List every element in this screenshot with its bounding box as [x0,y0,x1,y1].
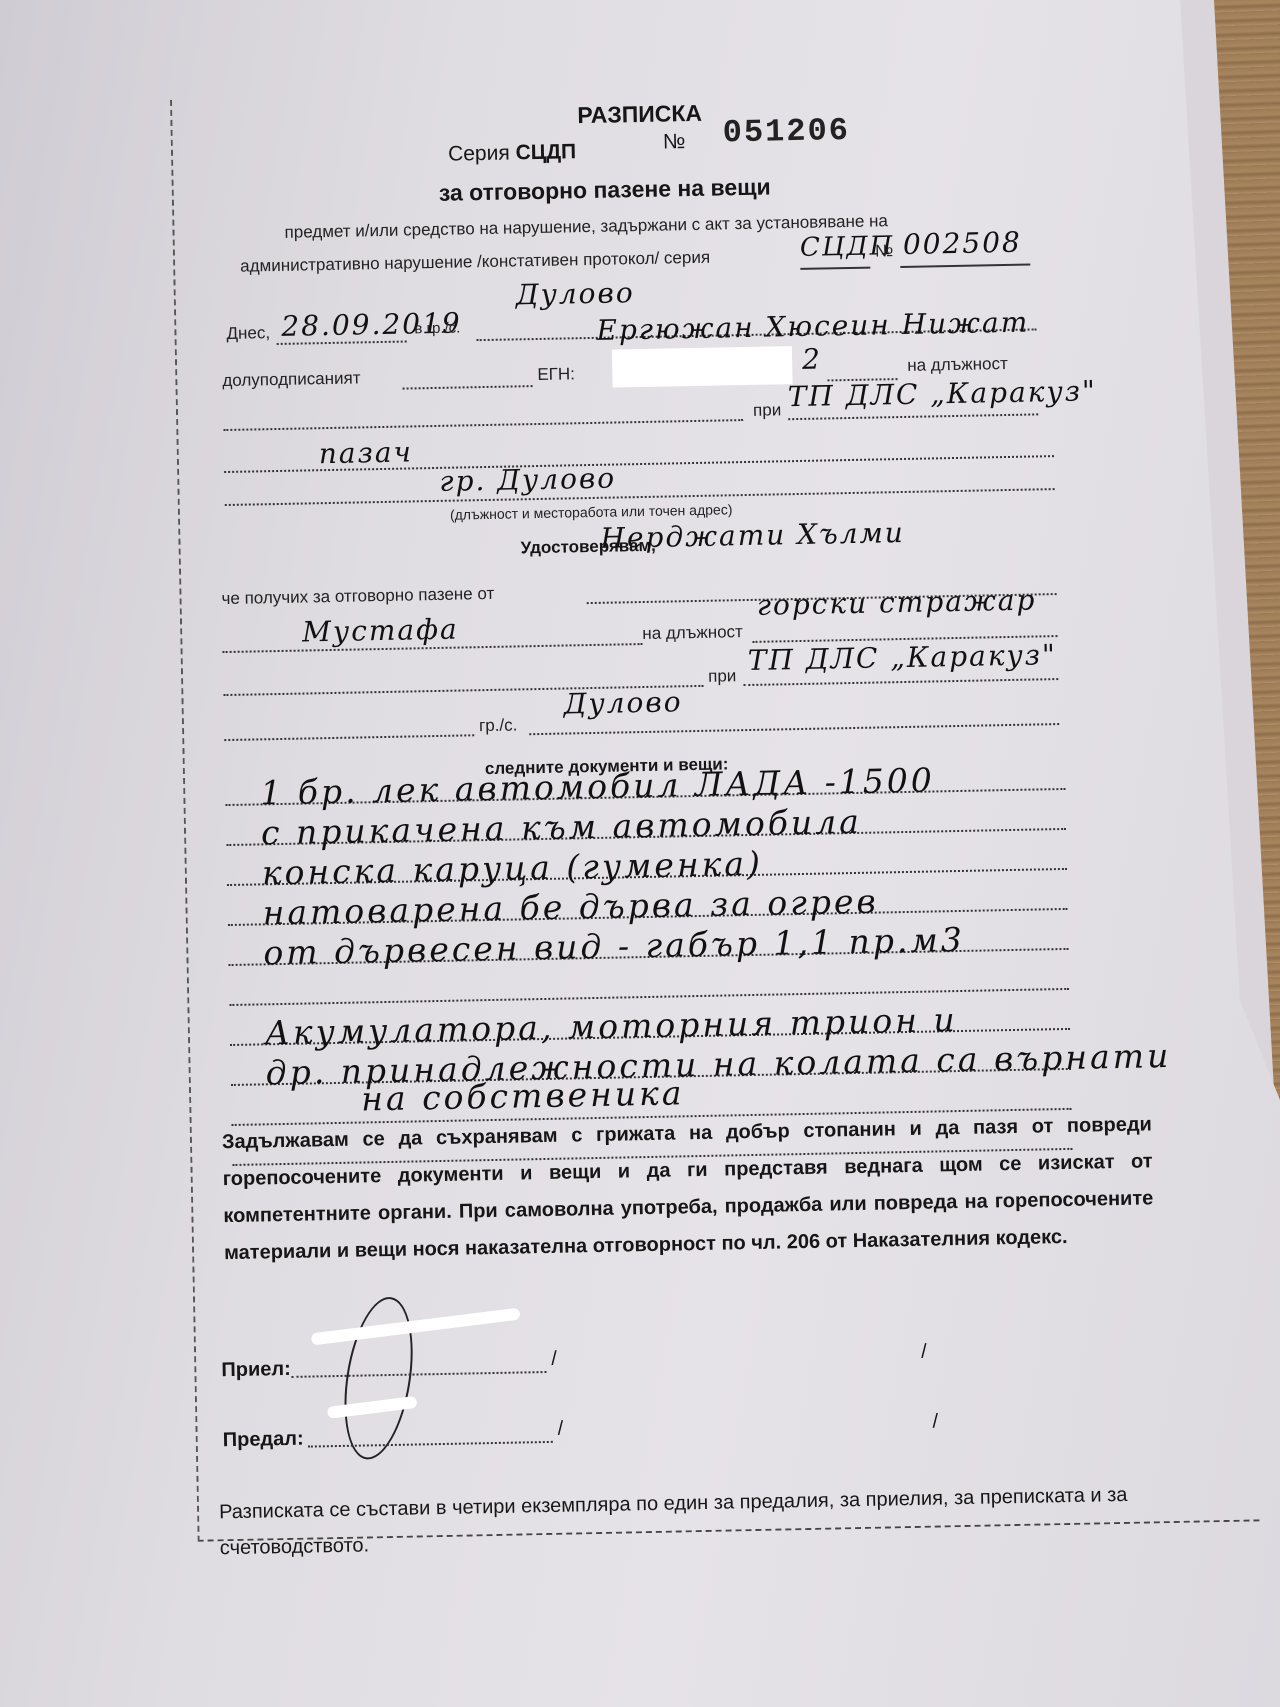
redacted-signature-1 [311,1308,521,1346]
handed-separator-2: / [932,1411,938,1434]
intro-line-2: административно нарушение /констативен п… [240,248,710,277]
from-at-label: при [708,666,737,687]
from-city-label: гр./с. [479,715,518,736]
date-label: Днес, [226,323,270,344]
receipt-number: 051206 [722,112,850,151]
item-entry: на собственика [361,1073,685,1118]
employer-value: ТП ДЛС „Каракуз" [787,374,1097,413]
redacted-egn [612,346,793,387]
from-city-line [529,723,1059,735]
signature-scrawl [334,1292,423,1464]
egn-label: ЕГН: [537,364,575,385]
position-line [223,419,743,431]
received-from-name-1: Нерджати Хълми [600,516,905,555]
egn-tail: 2 [802,343,822,376]
number-label: № [663,130,686,154]
handed-label: Предал: [223,1428,304,1453]
series-label: Серия СЦДП [448,140,576,166]
from-employer-line [743,678,1058,686]
act-number-line [900,264,1030,268]
act-number-value: 002508 [903,226,1023,261]
from-position-label: на длъжност [642,622,743,644]
handed-signature-line [308,1441,553,1448]
employer-line [788,413,1038,420]
city-value: Дулово [515,276,634,311]
document-subtitle: за отговорно пазене на вещи [439,173,771,206]
undersigned-label: долуподписаният [222,368,361,391]
series-label-text: Серия [448,141,510,165]
handed-separator-1: / [557,1418,563,1441]
act-number-label: № [875,241,894,261]
position-value: пазач [319,435,414,470]
undersigned-line [403,385,533,389]
city-label: в гр./с. [414,319,460,337]
received-signature-line [292,1371,547,1378]
intro-line-1: предмет и/или средство на нарушение, зад… [284,211,888,243]
obligation-text: Задължавам се да съхранявам с грижата на… [222,1106,1155,1272]
from-position-value: горски стражар [756,583,1036,621]
address-value: гр. Дулово [439,462,616,498]
undersigned-name: Ергюжан Хюсеин Нижат [596,306,1029,347]
series-value: СЦДП [515,140,576,164]
at-label: при [753,400,782,421]
received-label: Приел: [221,1358,291,1382]
received-from-name-2: Мустафа [302,613,459,649]
received-separator-2: / [921,1341,927,1364]
from-employer-value: ТП ДЛС „Каракуз" [748,638,1058,677]
act-series-line [800,267,870,270]
from-city-value: Дулово [563,685,682,720]
received-from-label: че получих за отговорно пазене от [221,584,494,609]
position-label: на длъжност [907,354,1008,376]
from-city-line-a [224,734,474,741]
document-title: РАЗПИСКА [577,100,702,129]
receipt-form: РАЗПИСКА Серия СЦДП № 051206 за отговорн… [170,80,1259,1542]
received-separator-1: / [551,1348,557,1371]
